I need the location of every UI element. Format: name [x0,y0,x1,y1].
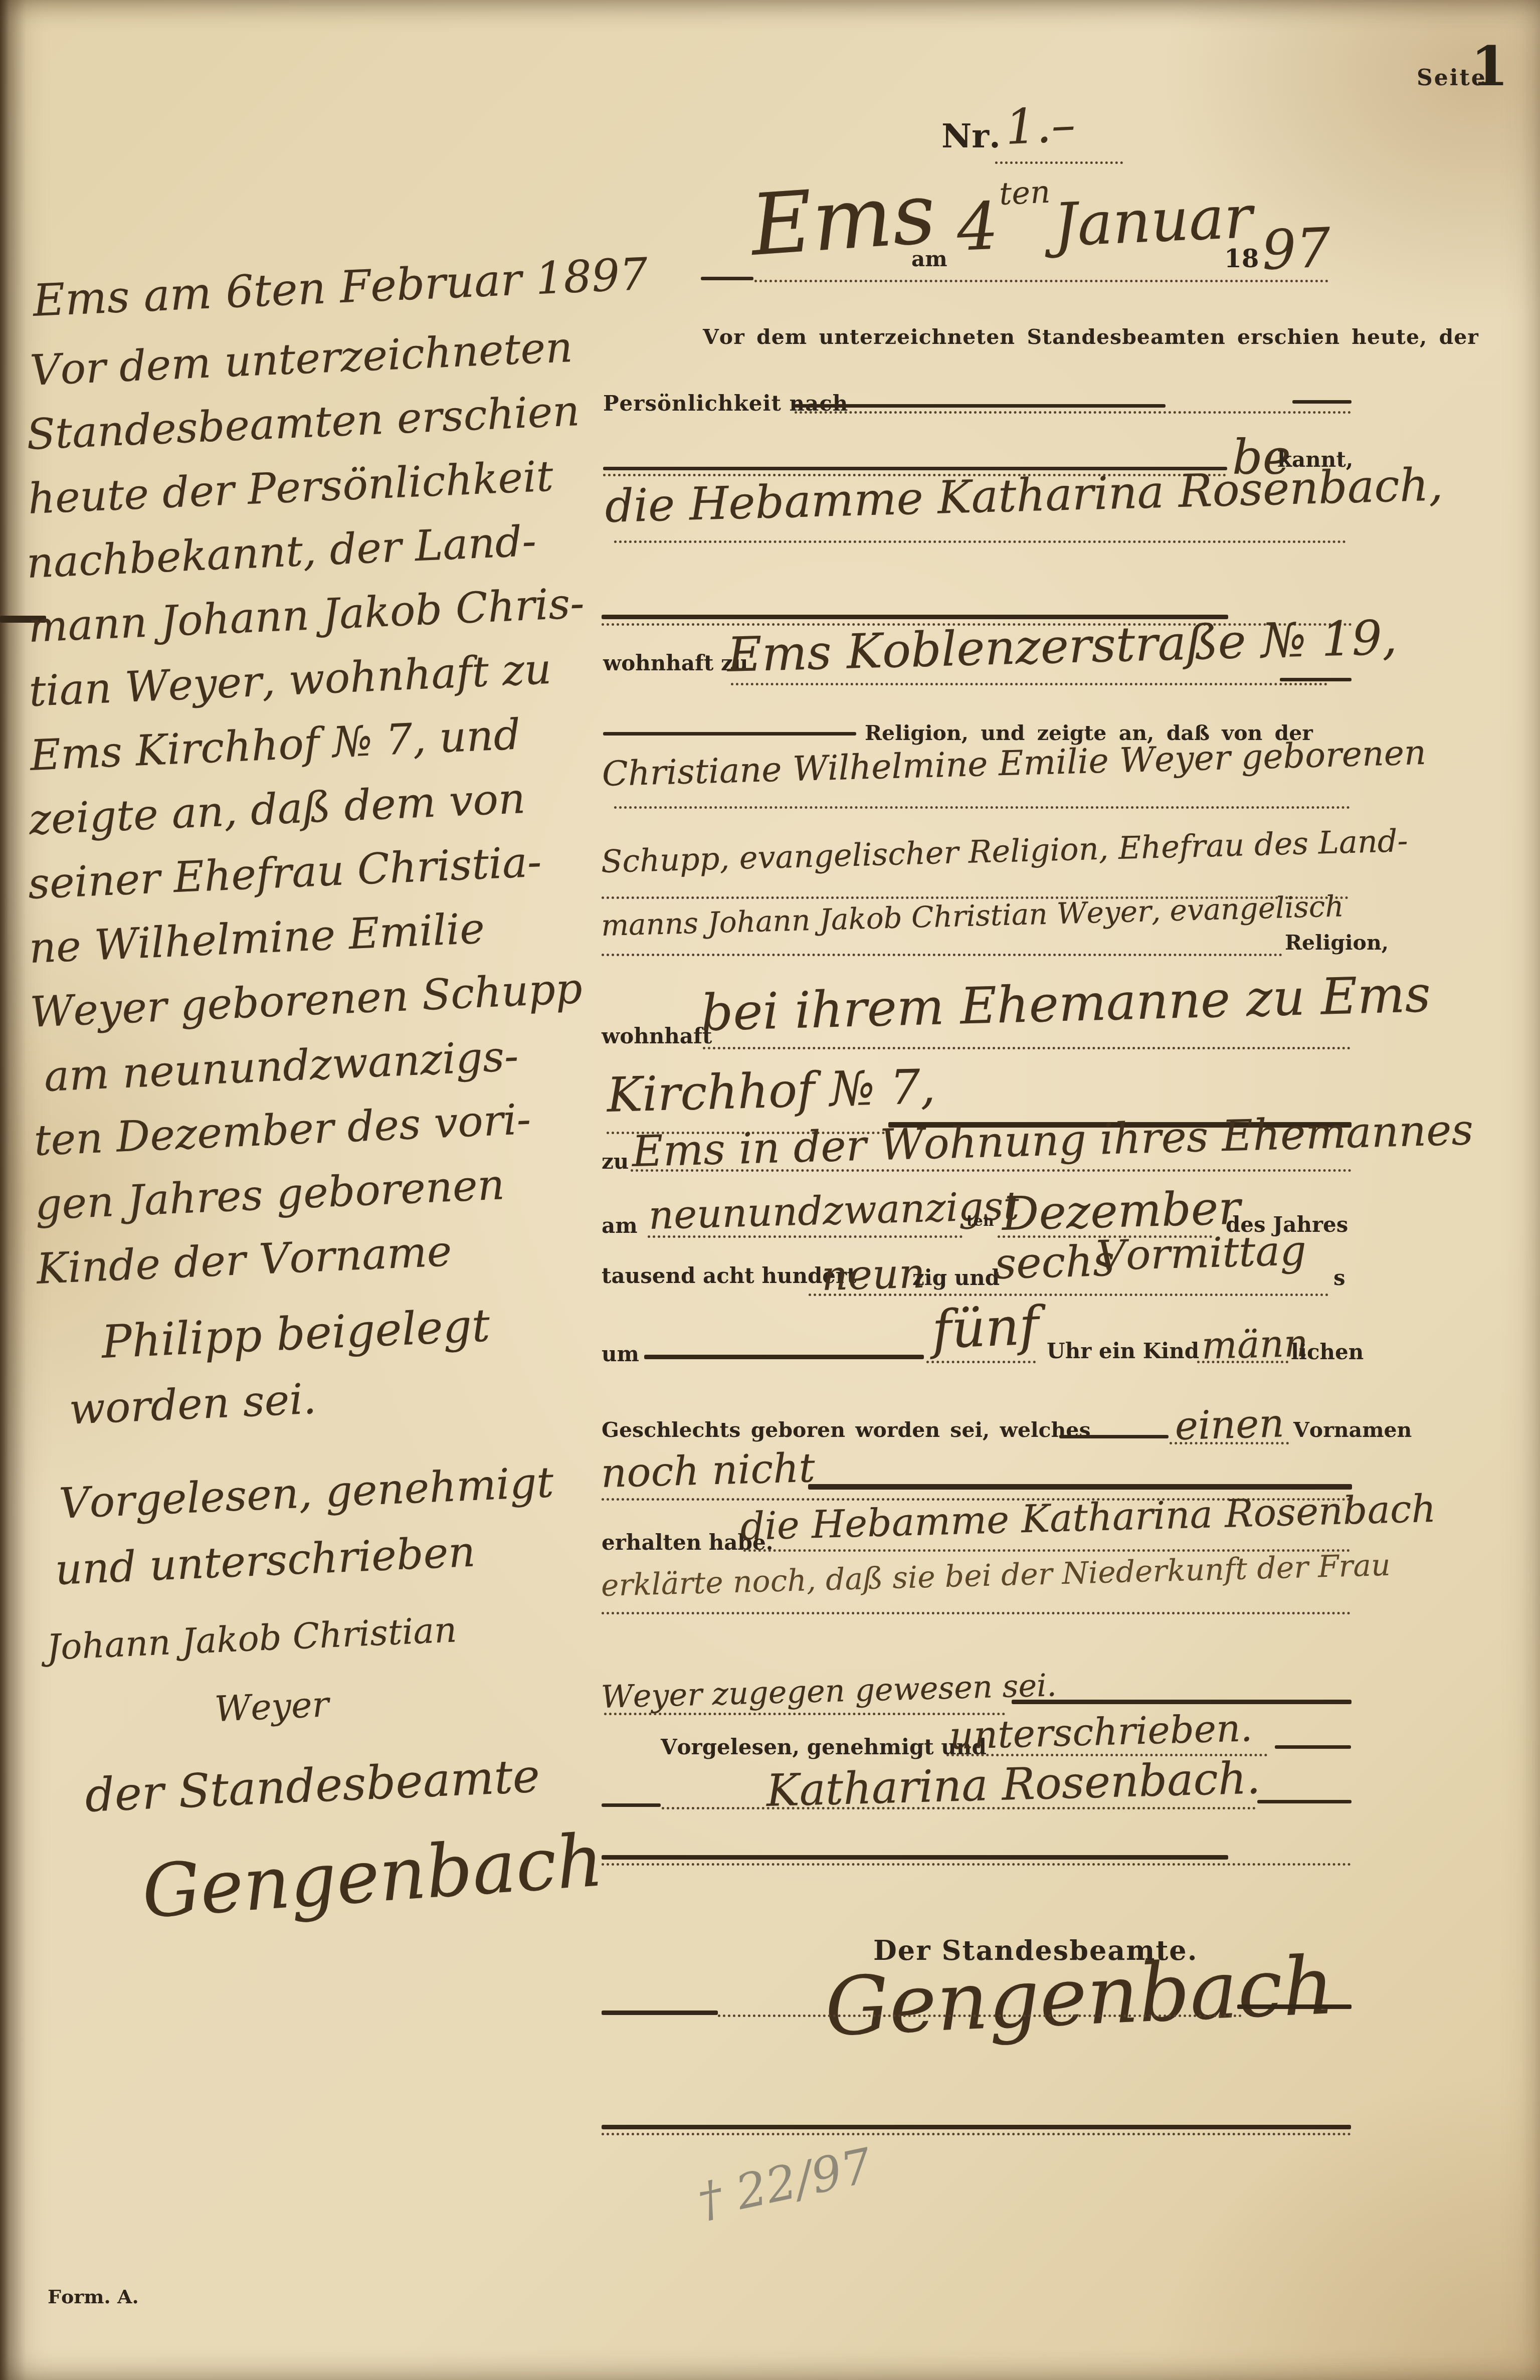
margin-line: Weyer [214,1684,329,1730]
am2-label: am [602,1213,638,1238]
signature-rule-right [1257,1800,1352,1803]
decade-entry: neun [821,1250,926,1300]
year-printed: 18 [1224,244,1259,273]
sex-rule [1197,1361,1288,1363]
wohnhaft-zu-entry: Ems Koblenzerstraße № 19, [726,610,1398,683]
einen-rule [1170,1442,1289,1444]
hour-entry: fünf [931,1295,1040,1361]
einen-blank-rule [1059,1435,1169,1438]
lichen-label: lichen [1291,1340,1364,1364]
noch-nicht-rule [808,1484,1352,1490]
section-rule2-dotted [602,1863,1351,1866]
date-rule-dotted [754,280,1328,282]
official-rule-left [602,2010,718,2015]
appearer-rule [614,540,1346,543]
place-entry: Ems [747,164,938,275]
religion-blank-rule [603,732,856,736]
margin-line: der Standesbeamte [84,1749,541,1822]
registry-document-page: Seite 1 Nr. 1.– Ems am 4 ten Januar 18 9… [0,0,1540,2380]
date-rule [701,277,753,280]
decade-rule [809,1294,1328,1296]
day-suffix-entry: ten [999,173,1051,212]
section-rule2 [602,1855,1228,1860]
margin-line: mann Johann Jakob Chris- [27,579,586,652]
father-rule [602,954,1282,956]
margin-line: und unterschrieben [54,1527,477,1594]
margin-line: heute der Persönlichkeit [27,451,554,523]
intro-line: Vor dem unterzeichneten Standesbeamten e… [703,325,1479,349]
hour-rule [926,1361,1036,1363]
wohnhaft-rule [731,683,1327,685]
blank-rule [795,404,1166,408]
month-entry: Januar [1052,182,1254,260]
zugegen-rule-end [1012,1700,1352,1704]
wohnhaft2-label: wohnhaft [602,1024,712,1048]
birth-day-entry: neunundzwanzigst [648,1184,1020,1238]
margin-line: Kinde der Vorname [36,1226,453,1294]
margin-line: Vor dem unterzeichneten [29,322,573,395]
s-label: s [1333,1265,1345,1290]
zugegen-entry: Weyer zugegen gewesen sei. [601,1667,1057,1715]
margin-line: Standesbeamten erschien [26,386,581,459]
blank-rule-dotted [795,411,1351,414]
address2-entry: Kirchhof № 7, [606,1059,936,1123]
official-rule-right [1237,2004,1352,2009]
bottom-rule [602,2125,1351,2129]
bottom-rule-dotted [602,2133,1351,2135]
wohnhaft-zu-label: wohnhaft zu [603,651,748,675]
zig-und-label: zig und [912,1265,1000,1290]
noch-nicht-entry: noch nicht [601,1444,816,1497]
unterschrieben-rule-end [1275,1745,1351,1749]
wohnhaft2-entry: bei ihrem Ehemanne zu Ems [700,965,1431,1042]
margin-line: Ems Kirchhof № 7, und [29,709,522,780]
um-blank-rule [644,1355,924,1359]
form-note: Form. A. [48,2285,139,2308]
margin-line: Vorgelesen, genehmigt [58,1457,555,1528]
tausend-label: tausend acht hundert [602,1263,857,1288]
vornamen-label: Vornamen [1293,1418,1412,1442]
birth-day-rule [648,1235,963,1238]
am-label: am [911,247,947,271]
margin-line: am neunundzwanzigs- [43,1031,520,1101]
margin-line: ne Wilhelmine Emilie [28,903,486,973]
signature-rule-dotted [662,1807,1256,1809]
wohnhaft-rule-end [1280,678,1352,681]
birthplace-rule [631,1169,1352,1172]
margin-line: tian Weyer, wohnhaft zu [28,644,552,716]
margin-official-signature: Gengenbach [139,1818,606,1935]
erklaerte-rule [602,1612,1351,1614]
margin-line: Philipp beigelegt [100,1299,491,1369]
mother-rule1 [614,806,1350,809]
margin-line: Weyer geborenen Schupp [29,964,584,1037]
day-entry: 4 [955,188,1000,266]
margin-line: nachbekannt, der Land- [26,516,537,588]
ten-label: ten [967,1212,994,1230]
page-number: 1 [1471,35,1508,98]
margin-line: ten Dezember des vori- [33,1094,532,1165]
signature-rule-left [602,1803,661,1807]
uhr-label: Uhr ein Kind [1047,1339,1199,1363]
unterschrieben-entry: unterschrieben. [949,1706,1253,1758]
pencil-note: † 22/97 [693,2138,877,2229]
margin-line: Ems am 6ten Februar 1897 [32,248,649,326]
blank-rule [1292,400,1352,404]
margin-line: gen Jahres geborenen [34,1160,506,1229]
geschlecht-label: Geschlechts geboren worden sei, welches [602,1418,1091,1442]
erklaerte-entry: erklärte noch, daß sie bei der Niederkun… [601,1548,1391,1603]
vorgelesen-label: Vorgelesen, genehmigt und [661,1735,987,1759]
official-rule-dotted [718,2015,1242,2017]
margin-line: seiner Ehefrau Christia- [27,837,542,908]
zugegen-rule [604,1713,1005,1715]
nr-underline [995,161,1123,164]
mother-line2-entry: Schupp, evangelischer Religion, Ehefrau … [601,822,1408,880]
zu-label: zu [602,1149,629,1174]
erhalten-entry: die Hebamme Katharina Rosenbach [740,1486,1437,1549]
religion2-label: Religion, [1285,931,1389,955]
nr-value: 1.– [1004,96,1076,155]
margin-line: Johann Jakob Christian [46,1609,457,1668]
year-entry: 97 [1261,217,1332,282]
margin-line: worden sei. [68,1374,317,1434]
um-label: um [602,1342,639,1366]
wohnhaft2-rule [703,1047,1351,1049]
nr-label: Nr. [941,116,1001,155]
daytime-entry: Vormittag [1096,1227,1307,1280]
margin-line: zeigte an, daß dem von [28,774,526,844]
